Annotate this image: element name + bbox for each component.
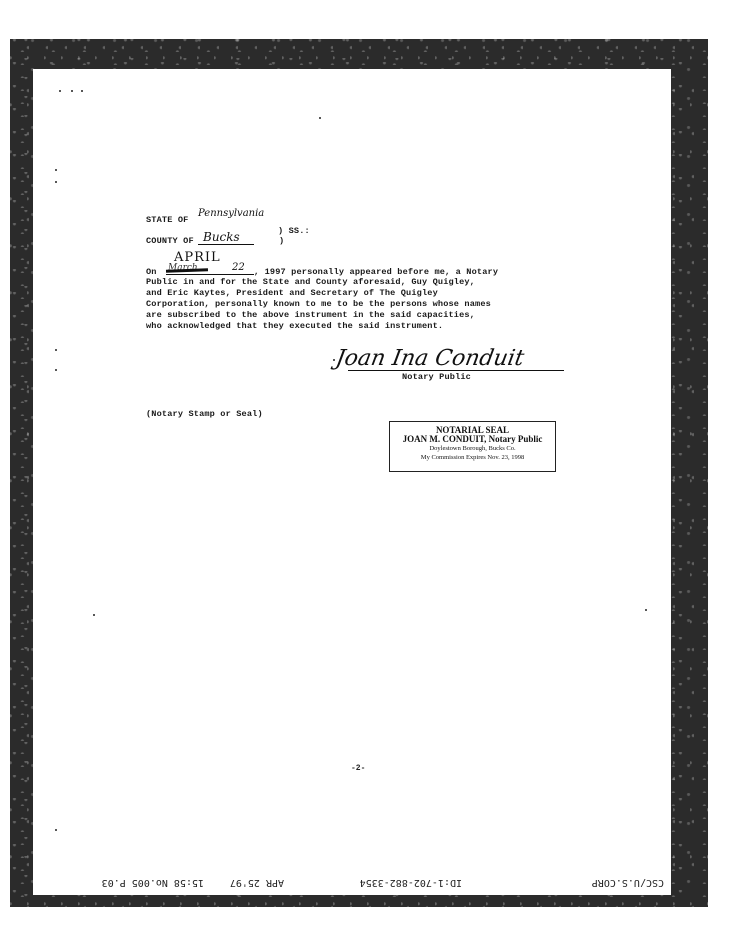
ack-line-6: who acknowledged that they executed the … [146, 321, 443, 331]
state-label: STATE OF [146, 215, 188, 225]
date-underline [166, 274, 254, 275]
ack-line-2: Public in and for the State and County a… [146, 277, 475, 287]
seal-name: JOAN M. CONDUIT, Notary Public [390, 435, 555, 444]
county-paren: ) [279, 236, 284, 246]
state-handwritten: Pennsylvania [198, 208, 264, 219]
ack-line-3: and Eric Kaytes, President and Secretary… [146, 288, 438, 298]
ack-line-4: Corporation, personally known to me to b… [146, 299, 491, 309]
fax-id: ID:1-702-882-3354 [360, 877, 462, 888]
fax-time-page: 15:58 No.005 P.03 [102, 877, 204, 888]
fax-date: APR 25'97 [230, 877, 284, 888]
stamp-label: (Notary Stamp or Seal) [146, 409, 263, 419]
notarial-seal: NOTARIAL SEAL JOAN M. CONDUIT, Notary Pu… [389, 421, 556, 472]
fax-header: CSC/U.S.CORP ID:1-702-882-3354 APR 25'97… [70, 872, 670, 888]
day-handwritten: 22 [232, 262, 245, 273]
ack-line-1: , 1997 personally appeared before me, a … [254, 267, 498, 277]
ack-line-5: are subscribed to the above instrument i… [146, 310, 475, 320]
county-underline [198, 244, 254, 245]
signature-handwritten: Joan Ina Conduit [334, 346, 526, 371]
page-number: -2- [351, 764, 365, 773]
notary-public-title: Notary Public [402, 372, 471, 382]
on-label: On [146, 267, 157, 277]
county-handwritten: Bucks [203, 230, 240, 244]
seal-location: Doylestown Borough, Bucks Co. [390, 444, 555, 453]
county-label: COUNTY OF [146, 236, 194, 246]
fax-sender: CSC/U.S.CORP [592, 877, 664, 888]
seal-expiry: My Commission Expires Nov. 23, 1998 [390, 453, 555, 462]
signature-line [348, 370, 564, 371]
ss-label: ) SS.: [278, 226, 310, 236]
